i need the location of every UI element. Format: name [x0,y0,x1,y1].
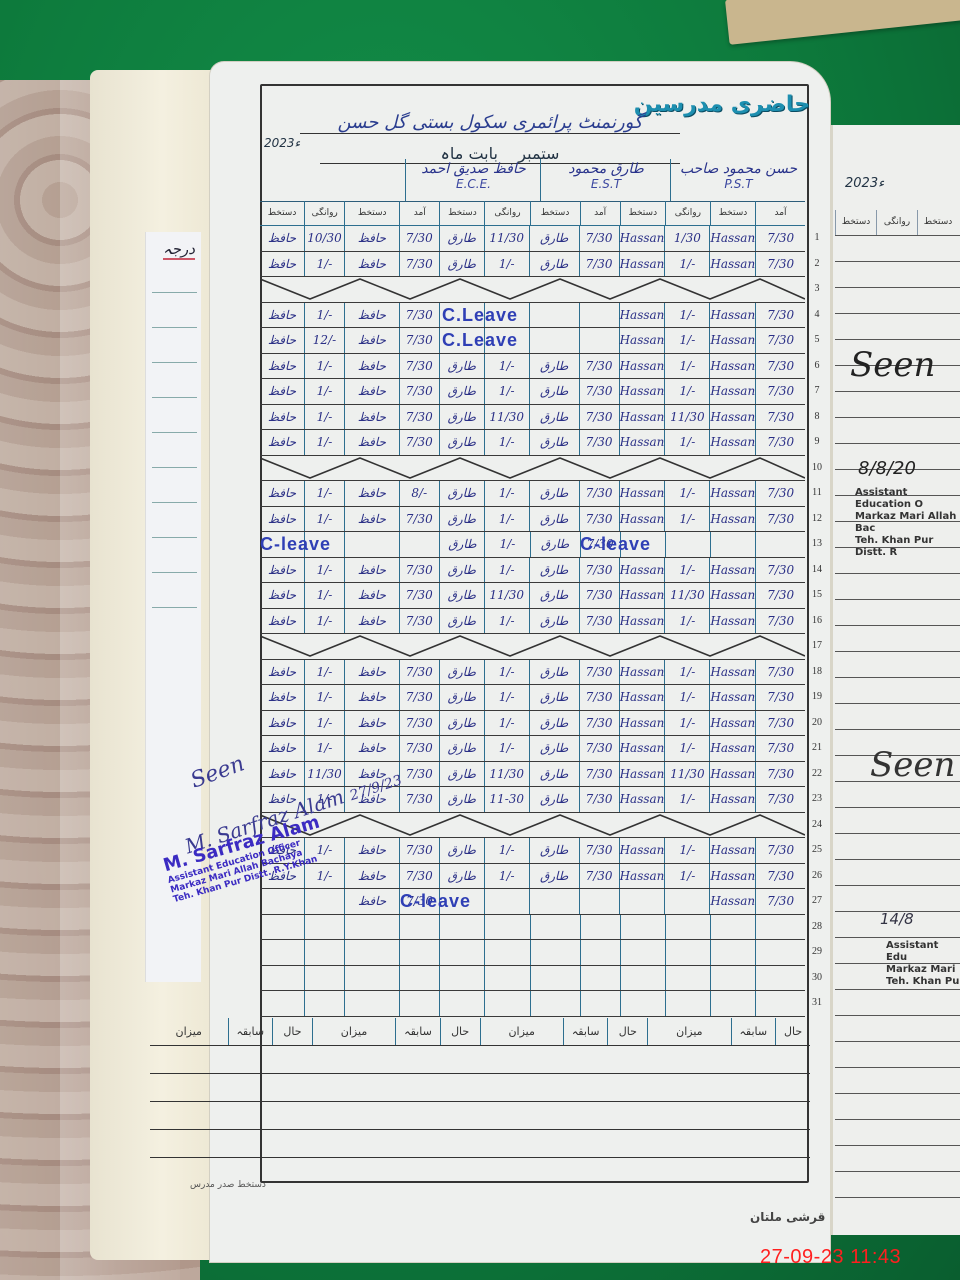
table-cell: Hassan [619,685,665,710]
table-cell: 7/30 [755,762,805,787]
table-cell: 11-30 [484,787,529,812]
table-cell: 1/- [664,430,709,455]
table-cell: Hassan [619,864,665,889]
table-cell: 1/- [664,507,709,532]
table-cell: حافظ [260,328,304,353]
table-cell: 1/- [484,354,529,379]
table-cell: حافظ [260,379,304,404]
column-header: روانگی [665,201,710,225]
table-cell: 1/- [484,736,529,761]
table-cell: 7/30 [579,354,619,379]
table-cell: طارق [529,405,579,430]
table-cell: 7/30 [399,787,439,812]
table-cell: طارق [529,787,579,812]
table-cell: Hassan [619,507,665,532]
table-cell: 7/30 [755,226,805,251]
table-cell: 1/- [304,481,344,506]
column-header: آمد [399,201,439,225]
table-cell [439,940,484,965]
table-cell: 1/- [664,328,709,353]
day-number: 19 [808,685,826,709]
table-cell: 1/- [304,405,344,430]
column-header: روانگی [304,201,344,225]
table-cell: 7/30 [579,405,619,430]
table-cell: Hassan [619,226,665,251]
table-cell [484,940,529,965]
table-cell: Hassan [709,787,755,812]
table-cell: طارق [529,430,579,455]
table-cell: Hassan [619,558,665,583]
table-cell [665,991,710,1016]
column-header: دستخط [439,201,484,225]
table-cell: 7/30 [579,838,619,863]
table-cell: 7/30 [399,864,439,889]
table-cell [399,915,439,940]
table-cell [530,940,580,965]
day-number: 18 [808,660,826,684]
table-cell [484,991,529,1016]
teacher-designation: P.S.T [671,177,806,191]
right-page-seen-note-2: Seen [870,745,955,785]
table-cell: Hassan [619,354,665,379]
table-cell: 7/30 [579,507,619,532]
table-cell: حافظ [344,838,399,863]
table-cell: 12/- [304,328,344,353]
table-cell: 7/30 [755,558,805,583]
table-cell: 7/30 [399,838,439,863]
day-number: 31 [808,991,826,1015]
head-teacher-signature-label: دستخط صدر مدرس [190,1180,810,1190]
table-row: حافظ1/-حافظ8/-طارق1/-طارق7/30Hassan1/-Ha… [260,481,805,507]
right-page-year: 2023ء [845,176,884,191]
table-cell [344,532,399,557]
table-cell: 7/30 [755,583,805,608]
table-cell [529,328,579,353]
table-row: حافظ1/-حافظ7/30Hassan1/-Hassan7/30C.Leav… [260,303,805,329]
totals-header: حال [775,1018,810,1045]
table-cell: 7/30 [579,252,619,277]
day-number: 15 [808,583,826,607]
day-number: 24 [808,813,826,837]
table-row: 31 [260,991,805,1017]
table-cell: 7/30 [755,252,805,277]
table-cell: حافظ [344,226,399,251]
table-cell: Hassan [619,303,665,328]
totals-header: حال [607,1018,647,1045]
right-page-date: 8/8/20 [858,458,916,479]
table-cell [344,915,399,940]
table-cell: حافظ [344,660,399,685]
table-cell [755,940,805,965]
table-cell: 7/30 [399,328,439,353]
table-cell: حافظ [344,864,399,889]
table-cell: طارق [439,430,484,455]
table-cell: طارق [529,609,579,634]
table-cell: طارق [439,736,484,761]
table-cell [580,991,620,1016]
table-cell: حافظ [344,405,399,430]
table-cell: حافظ [344,481,399,506]
table-cell [344,991,399,1016]
table-cell: 7/30 [755,303,805,328]
right-page-stamp-2: Assistant Edu Markaz Mari Teh. Khan Pu [886,940,960,988]
table-cell: 1/- [304,507,344,532]
table-cell: طارق [439,711,484,736]
table-cell: Hassan [709,889,755,914]
table-cell [399,991,439,1016]
table-cell: 1/- [304,379,344,404]
table-cell: 1/- [484,507,529,532]
table-cell: Hassan [709,583,755,608]
table-cell: حافظ [260,660,304,685]
table-row: طارق1/-طارق7/30C-leaveC-leave13 [260,532,805,558]
table-cell [439,915,484,940]
day-number: 9 [808,430,826,454]
table-cell: Hassan [619,328,665,353]
table-cell: حافظ [344,354,399,379]
table-cell: 7/30 [755,685,805,710]
day-number: 13 [808,532,826,556]
table-cell: Hassan [709,507,755,532]
table-cell [620,991,665,1016]
day-number: 22 [808,762,826,786]
table-cell: 7/30 [399,379,439,404]
column-header: دستخط [710,201,755,225]
table-cell [260,966,304,991]
table-cell: 1/- [484,685,529,710]
table-row: حافظ1/-حافظ7/30طارق1/-طارق7/30Hassan1/-H… [260,609,805,635]
right-page-seen-note: Seen [850,345,935,385]
table-cell: طارق [439,660,484,685]
table-cell: 7/30 [579,609,619,634]
table-cell: حافظ [260,685,304,710]
table-cell: طارق [529,583,579,608]
table-row: حافظ12/-حافظ7/30Hassan1/-Hassan7/30C.Lea… [260,328,805,354]
teacher-designation: E.C.E. [406,177,541,191]
table-cell: Hassan [709,736,755,761]
table-cell: Hassan [709,354,755,379]
table-row: حافظ1/-حافظ7/30طارق1/-طارق7/30Hassan1/-H… [260,430,805,456]
table-cell: حافظ [260,354,304,379]
right-column-header: دستخط [917,210,958,235]
table-cell [710,940,755,965]
table-cell: حافظ [344,303,399,328]
table-cell: حافظ [344,736,399,761]
table-cell [304,991,344,1016]
table-cell: 7/30 [579,430,619,455]
table-cell [304,966,344,991]
table-cell: حافظ [344,507,399,532]
table-cell: Hassan [709,838,755,863]
table-cell: 1/- [304,303,344,328]
table-cell: طارق [439,226,484,251]
table-cell: حافظ [260,481,304,506]
table-cell [439,991,484,1016]
table-cell: طارق [439,252,484,277]
table-cell: حافظ [260,609,304,634]
holiday-zigzag-mark [260,277,805,301]
table-cell: 7/30 [399,226,439,251]
table-cell: Hassan [709,864,755,889]
table-cell [344,966,399,991]
table-cell: 1/- [664,558,709,583]
table-row: حافظ1/-حافظ7/30طارق1/-طارق7/30Hassan1/-H… [260,354,805,380]
teacher-column-3: حافظ صدیق احمد E.C.E. [405,159,541,201]
table-cell: 7/30 [579,226,619,251]
table-cell [755,532,805,557]
totals-row [150,1102,810,1130]
day-number: 21 [808,736,826,760]
table-cell: 7/30 [579,481,619,506]
totals-header: حال [440,1018,480,1045]
table-cell: طارق [529,226,579,251]
holiday-zigzag-mark [260,634,805,658]
table-cell: Hassan [709,430,755,455]
table-cell: 7/30 [399,583,439,608]
camera-timestamp: 27-09-23 11:43 [760,1246,901,1269]
right-page-stamp: Assistant Education O Markaz Mari Allah … [855,487,960,559]
register-year: 2023ء [264,136,300,150]
day-number: 8 [808,405,826,429]
table-cell [665,966,710,991]
table-cell [665,940,710,965]
column-header: دستخط [344,201,399,225]
table-cell: Hassan [709,558,755,583]
table-row: حافظ1/-حافظ7/30طارق11/30طارق7/30Hassan11… [260,405,805,431]
right-column-header: دستخط [835,210,876,235]
table-cell: 7/30 [399,430,439,455]
table-cell: 11/30 [484,583,529,608]
day-number: 30 [808,966,826,990]
table-cell: 1/- [304,711,344,736]
table-cell: طارق [439,379,484,404]
table-cell: 11/30 [484,762,529,787]
table-cell: 1/- [304,252,344,277]
totals-header: میزان [150,1018,228,1045]
table-cell: 7/30 [755,481,805,506]
table-cell: Hassan [619,379,665,404]
table-cell: 7/30 [579,583,619,608]
table-cell: 1/- [484,481,529,506]
table-cell: 7/30 [399,711,439,736]
table-cell [755,991,805,1016]
column-header-row: دستخط روانگی دستخط آمد دستخط روانگی دستخ… [260,201,805,226]
table-cell: 1/- [664,252,709,277]
table-cell: 11/30 [304,762,344,787]
table-cell [710,532,755,557]
table-cell [529,889,579,914]
table-cell: Hassan [709,481,755,506]
table-row: 24 [260,813,805,839]
table-cell [665,915,710,940]
table-cell: 7/30 [399,558,439,583]
table-cell [579,889,619,914]
totals-header: سابقہ [395,1018,440,1045]
leave-note: C.Leave [442,328,518,352]
table-cell: 1/- [304,583,344,608]
table-cell [260,991,304,1016]
table-cell [399,532,439,557]
totals-table: میزان سابقہ حال میزان سابقہ حال میزان سا… [150,1018,810,1190]
table-cell: 1/- [664,660,709,685]
table-row: 17 [260,634,805,660]
table-cell: 7/30 [399,762,439,787]
table-cell: 11/30 [484,405,529,430]
table-cell: طارق [529,507,579,532]
table-cell: Hassan [619,838,665,863]
day-number: 25 [808,838,826,862]
table-cell: 7/30 [755,736,805,761]
table-cell: 7/30 [579,685,619,710]
teacher-header-band: حافظ صدیق احمد E.C.E. طارق محمود E.S.T ح… [260,159,805,202]
table-cell: طارق [439,787,484,812]
table-cell [529,303,579,328]
table-row: حافظ1/-حافظ7/30طارق1/-طارق7/30Hassan1/-H… [260,252,805,278]
table-cell [260,940,304,965]
table-cell: حافظ [260,405,304,430]
table-cell [619,889,664,914]
right-column-header: روانگی [876,210,917,235]
table-cell [620,940,665,965]
table-row: حافظ1/-حافظ7/30طارق1/-طارق7/30Hassan1/-H… [260,507,805,533]
table-cell: 7/30 [399,354,439,379]
totals-row [150,1074,810,1102]
table-row: حافظ10/30حافظ7/30طارق11/30طارق7/30Hassan… [260,226,805,252]
table-cell [710,915,755,940]
table-row: حافظ1/-حافظ7/30طارق1/-طارق7/30Hassan1/-H… [260,711,805,737]
table-cell: 1/- [484,379,529,404]
table-cell: طارق [529,558,579,583]
table-cell: طارق [439,532,484,557]
table-row: حافظ1/-حافظ7/30طارق1/-طارق7/30Hassan1/-H… [260,685,805,711]
table-cell [484,966,529,991]
table-cell: Hassan [709,303,755,328]
table-cell: 7/30 [579,864,619,889]
table-cell: 1/- [484,532,529,557]
table-cell: 1/- [664,354,709,379]
table-cell: Hassan [709,711,755,736]
table-cell: 1/30 [664,226,709,251]
table-cell: حافظ [260,583,304,608]
totals-row [150,1130,810,1158]
table-cell: 1/- [664,838,709,863]
table-cell: حافظ [344,558,399,583]
column-header: روانگی [484,201,529,225]
teacher-designation: E.S.T [541,177,671,191]
table-cell: 7/30 [399,507,439,532]
table-cell: طارق [529,481,579,506]
table-cell: 7/30 [755,864,805,889]
table-cell [664,889,709,914]
table-cell: Hassan [619,609,665,634]
table-cell: 7/30 [755,328,805,353]
table-cell: حافظ [344,430,399,455]
table-cell: Hassan [619,405,665,430]
table-cell [530,915,580,940]
teacher-name: حسن محمود صاحب [671,161,806,177]
leave-note: C-leave [580,532,651,556]
table-cell: 1/- [664,864,709,889]
table-cell [665,532,710,557]
table-cell: 7/30 [399,660,439,685]
table-cell: طارق [529,660,579,685]
day-number: 7 [808,379,826,403]
table-cell: حافظ [260,252,304,277]
table-cell: طارق [529,838,579,863]
teacher-name: طارق محمود [541,161,671,177]
table-cell: 1/- [664,379,709,404]
column-header: دستخط [530,201,580,225]
table-cell: طارق [529,252,579,277]
table-cell: 7/30 [755,711,805,736]
table-cell: 1/- [484,864,529,889]
table-cell: 7/30 [579,787,619,812]
table-row: حافظ1/-حافظ7/30طارق1/-طارق7/30Hassan1/-H… [260,379,805,405]
leave-note: C-leave [400,889,471,913]
table-cell: 7/30 [755,609,805,634]
table-cell: 7/30 [579,379,619,404]
table-cell: حافظ [344,609,399,634]
table-cell: طارق [439,838,484,863]
day-number: 11 [808,481,826,505]
table-cell: 7/30 [755,660,805,685]
table-cell [304,940,344,965]
table-cell: 11/30 [664,762,709,787]
right-page-date-2: 14/8 [880,910,914,928]
holiday-zigzag-mark [260,456,805,480]
column-header: آمد [580,201,620,225]
table-cell: Hassan [619,736,665,761]
table-cell: طارق [530,532,580,557]
table-cell: 7/30 [755,379,805,404]
table-cell: حافظ [260,507,304,532]
table-cell: 1/- [304,354,344,379]
table-cell: 7/30 [579,736,619,761]
table-cell [580,966,620,991]
table-cell: Hassan [709,379,755,404]
totals-row [150,1046,810,1074]
table-cell: Hassan [619,762,665,787]
table-cell [530,991,580,1016]
table-cell [579,328,619,353]
table-row: 29 [260,940,805,966]
table-cell [710,991,755,1016]
table-cell: 7/30 [399,252,439,277]
table-cell: 7/30 [579,558,619,583]
totals-header: سابقہ [731,1018,776,1045]
table-cell: 1/- [484,252,529,277]
table-cell: طارق [529,354,579,379]
table-cell [755,966,805,991]
table-row: 3 [260,277,805,303]
table-cell: 11/30 [664,583,709,608]
table-row: 10 [260,456,805,482]
table-cell: 7/30 [579,711,619,736]
table-cell: 7/30 [399,303,439,328]
table-cell: حافظ [260,430,304,455]
day-number: 28 [808,915,826,939]
table-cell: طارق [529,736,579,761]
school-name: گورنمنٹ پرائمری سکول بستی گل حسن [300,112,680,134]
table-cell: 1/- [664,303,709,328]
table-cell [484,889,529,914]
totals-header: میزان [647,1018,730,1045]
table-cell: 8/- [399,481,439,506]
table-cell: حافظ [344,379,399,404]
table-cell: طارق [439,481,484,506]
column-header: دستخط [260,201,304,225]
table-cell: طارق [529,379,579,404]
